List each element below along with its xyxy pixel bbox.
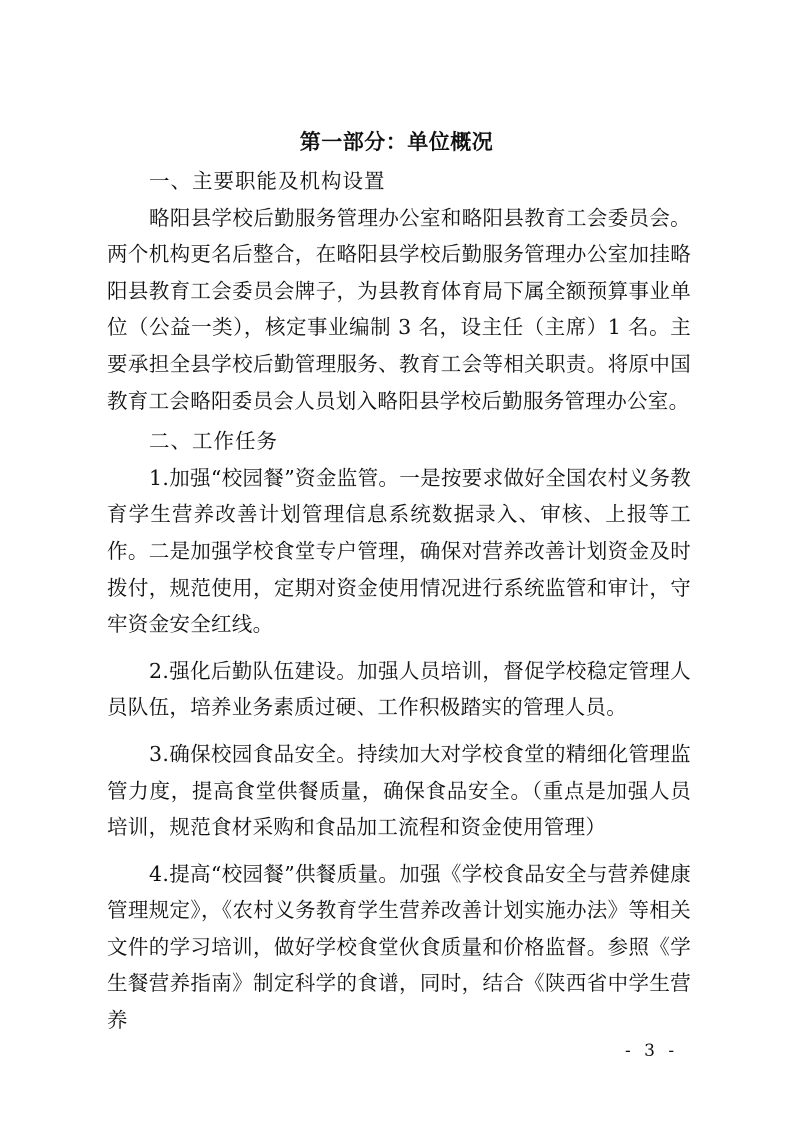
page-title: 第一部分：单位概况 <box>0 126 793 156</box>
paragraph-functions: 略阳县学校后勤服务管理办公室和略阳县教育工会委员会。两个机构更名后整合，在略阳县… <box>107 200 691 420</box>
paragraph-task-2: 2.强化后勤队伍建设。加强人员培训，督促学校稳定管理人员队伍，培养业务素质过硬、… <box>107 653 691 726</box>
section-heading-functions: 一、主要职能及机构设置 <box>107 163 691 200</box>
paragraph-task-1: 1.加强“校园餐”资金监管。一是按要求做好全国农村义务教育学生营养改善计划管理信… <box>107 460 691 643</box>
section-heading-tasks: 二、工作任务 <box>107 423 691 460</box>
paragraph-task-4: 4.提高“校园餐”供餐质量。加强《学校食品安全与营养健康管理规定》，《农村义务教… <box>107 856 691 1039</box>
paragraph-task-3: 3.确保校园食品安全。持续加大对学校食堂的精细化管理监管力度，提高食堂供餐质量，… <box>107 736 691 846</box>
document-body: 一、主要职能及机构设置 略阳县学校后勤服务管理办公室和略阳县教育工会委员会。两个… <box>107 163 691 1039</box>
document-page: 第一部分：单位概况 一、主要职能及机构设置 略阳县学校后勤服务管理办公室和略阳县… <box>0 0 793 1122</box>
page-number: - 3 - <box>625 1041 678 1061</box>
